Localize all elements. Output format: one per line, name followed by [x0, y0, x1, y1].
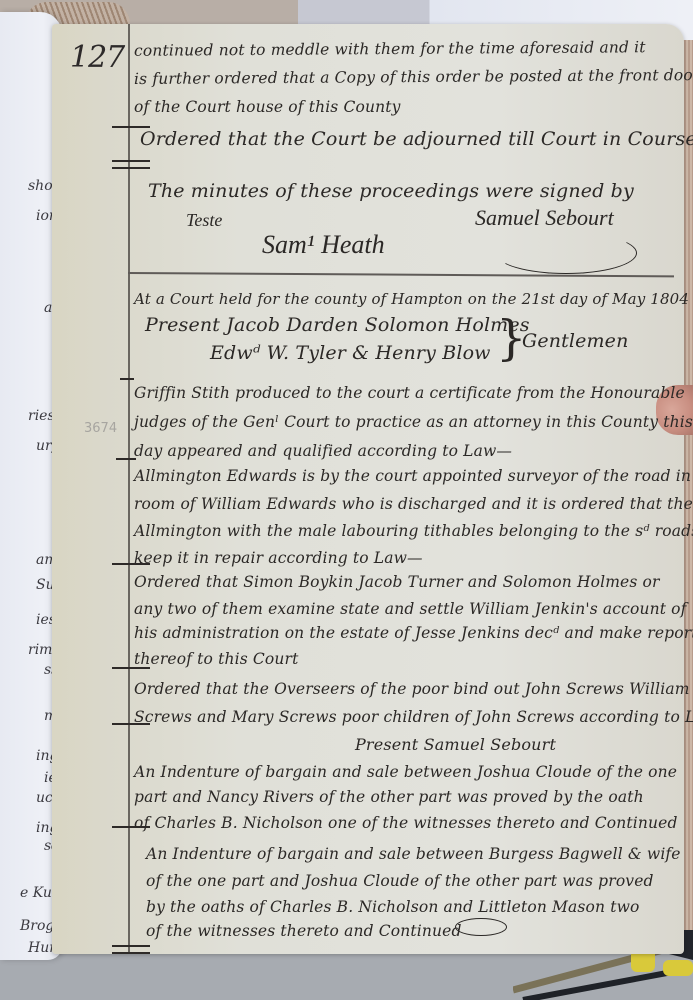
- entry-tick: [116, 458, 136, 460]
- facing-page-fragment: ries: [28, 408, 55, 424]
- court-heading: At a Court held for the county of Hampto…: [134, 290, 689, 308]
- entry-tick: [112, 160, 150, 169]
- justices-present-line2: Edwᵈ W. Tyler & Henry Blow: [210, 342, 491, 364]
- justice-signature: Samuel Sebourt: [475, 205, 614, 231]
- entry-line: thereof to this Court: [134, 650, 298, 668]
- present-addition: Present Samuel Sebourt: [355, 735, 556, 754]
- entry-line: by the oaths of Charles B. Nicholson and…: [146, 898, 640, 916]
- present-label: Present: [145, 314, 220, 336]
- adjournment-order: Ordered that the Court be adjourned till…: [140, 128, 693, 150]
- closing-flourish: [455, 918, 507, 936]
- entry-line: Allmington Edwards is by the court appoi…: [134, 467, 693, 485]
- justices-names-1: Jacob Darden Solomon Holmes: [226, 314, 529, 336]
- entry-line: Ordered that Simon Boykin Jacob Turner a…: [134, 573, 660, 591]
- entry-line: part and Nancy Rivers of the other part …: [134, 788, 644, 806]
- gentlemen-title: Gentlemen: [522, 330, 628, 352]
- entry-line: continued not to meddle with them for th…: [134, 38, 646, 60]
- entry-line: of the one part and Joshua Cloude of the…: [146, 872, 654, 890]
- entry-line: day appeared and qualified according to …: [134, 442, 512, 460]
- entry-line: Griffin Stith produced to the court a ce…: [134, 384, 685, 402]
- entry-line: An Indenture of bargain and sale between…: [146, 845, 681, 863]
- entry-line: Ordered that the Overseers of the poor b…: [134, 680, 690, 698]
- entry-line: room of William Edwards who is discharge…: [134, 495, 693, 513]
- minutes-signed-statement: The minutes of these proceedings were si…: [148, 180, 634, 202]
- entry-tick: [112, 945, 150, 954]
- teste-label: Teste: [186, 210, 222, 231]
- entry-line: judges of the Genˡ Court to practice as …: [134, 413, 693, 431]
- entry-line: An Indenture of bargain and sale between…: [134, 763, 677, 781]
- justices-present-line1: Present Jacob Darden Solomon Holmes: [145, 314, 530, 336]
- entry-line: of the Court house of this County: [134, 98, 401, 116]
- entry-line: Allmington with the male labouring titha…: [134, 522, 693, 540]
- clerk-signature: Sam¹ Heath: [262, 230, 385, 260]
- entry-line: keep it in repair according to Law—: [134, 549, 423, 567]
- entry-line: any two of them examine state and settle…: [134, 600, 687, 618]
- pencil-reference-number: 3674: [84, 421, 117, 436]
- entry-tick: [120, 378, 134, 380]
- entry-line: Screws and Mary Screws poor children of …: [134, 708, 693, 726]
- entry-line: of Charles B. Nicholson one of the witne…: [134, 814, 678, 832]
- entry-line: his administration on the estate of Jess…: [134, 624, 693, 642]
- entry-line: of the witnesses thereto and Continued: [146, 922, 462, 940]
- signature-flourish: [495, 232, 637, 274]
- page-number: 127: [70, 40, 124, 75]
